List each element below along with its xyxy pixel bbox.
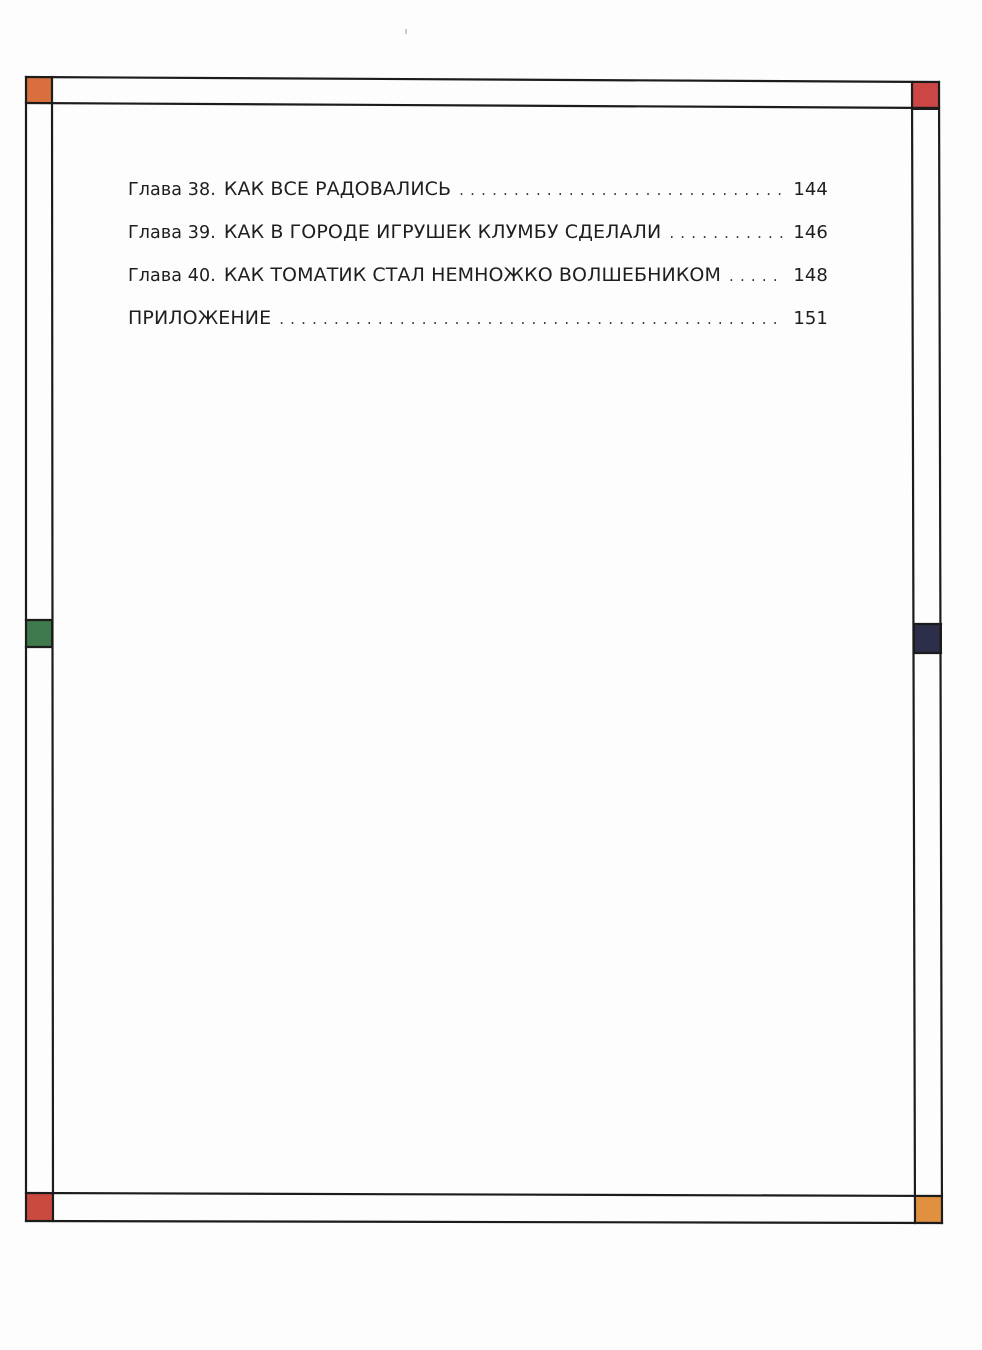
dot-leader: ........................................… (729, 267, 785, 285)
page-number: 148 (793, 265, 828, 286)
chapter-title: КАК В ГОРОДЕ ИГРУШЕК КЛУМБУ СДЕЛАЛИ (224, 221, 661, 243)
appendix-title: ПРИЛОЖЕНИЕ (128, 307, 271, 329)
corner-square-top-left (26, 77, 52, 103)
chapter-title: КАК ТОМАТИК СТАЛ НЕМНОЖКО ВОЛШЕБНИКОМ (224, 264, 721, 286)
toc-entry-appendix[interactable]: ПРИЛОЖЕНИЕ .............................… (128, 307, 828, 350)
frame-line-top-inner (26, 103, 939, 108)
chapter-number: Глава 39. (128, 223, 216, 243)
corner-square-top-right (912, 82, 939, 109)
frame-line-bottom-outer (26, 1221, 942, 1223)
page-number: 146 (793, 222, 828, 243)
page-number: 151 (793, 308, 828, 329)
frame-line-top-outer (26, 77, 939, 82)
toc-entry-chapter-38[interactable]: Глава 38. КАК ВСЕ РАДОВАЛИСЬ ...........… (128, 178, 828, 221)
chapter-title: КАК ВСЕ РАДОВАЛИСЬ (224, 178, 451, 200)
corner-square-bottom-right (915, 1196, 942, 1223)
frame-line-left-inner (52, 77, 53, 1221)
toc-entry-chapter-40[interactable]: Глава 40. КАК ТОМАТИК СТАЛ НЕМНОЖКО ВОЛШ… (128, 264, 828, 307)
corner-square-bottom-left (26, 1193, 53, 1221)
frame-line-right-inner (912, 82, 915, 1223)
frame-line-bottom-inner (26, 1193, 942, 1196)
table-of-contents: Глава 38. КАК ВСЕ РАДОВАЛИСЬ ...........… (128, 178, 828, 350)
page-number: 144 (793, 179, 828, 200)
frame-line-right-outer (939, 82, 942, 1223)
dot-leader: ........................................… (459, 181, 785, 199)
dot-leader: ........................................… (669, 224, 785, 242)
dot-leader: ........................................… (279, 310, 785, 328)
chapter-number: Глава 38. (128, 180, 216, 200)
chapter-number: Глава 40. (128, 266, 216, 286)
side-square-middle-right (914, 624, 941, 653)
side-square-middle-left (26, 620, 52, 647)
toc-entry-chapter-39[interactable]: Глава 39. КАК В ГОРОДЕ ИГРУШЕК КЛУМБУ СД… (128, 221, 828, 264)
